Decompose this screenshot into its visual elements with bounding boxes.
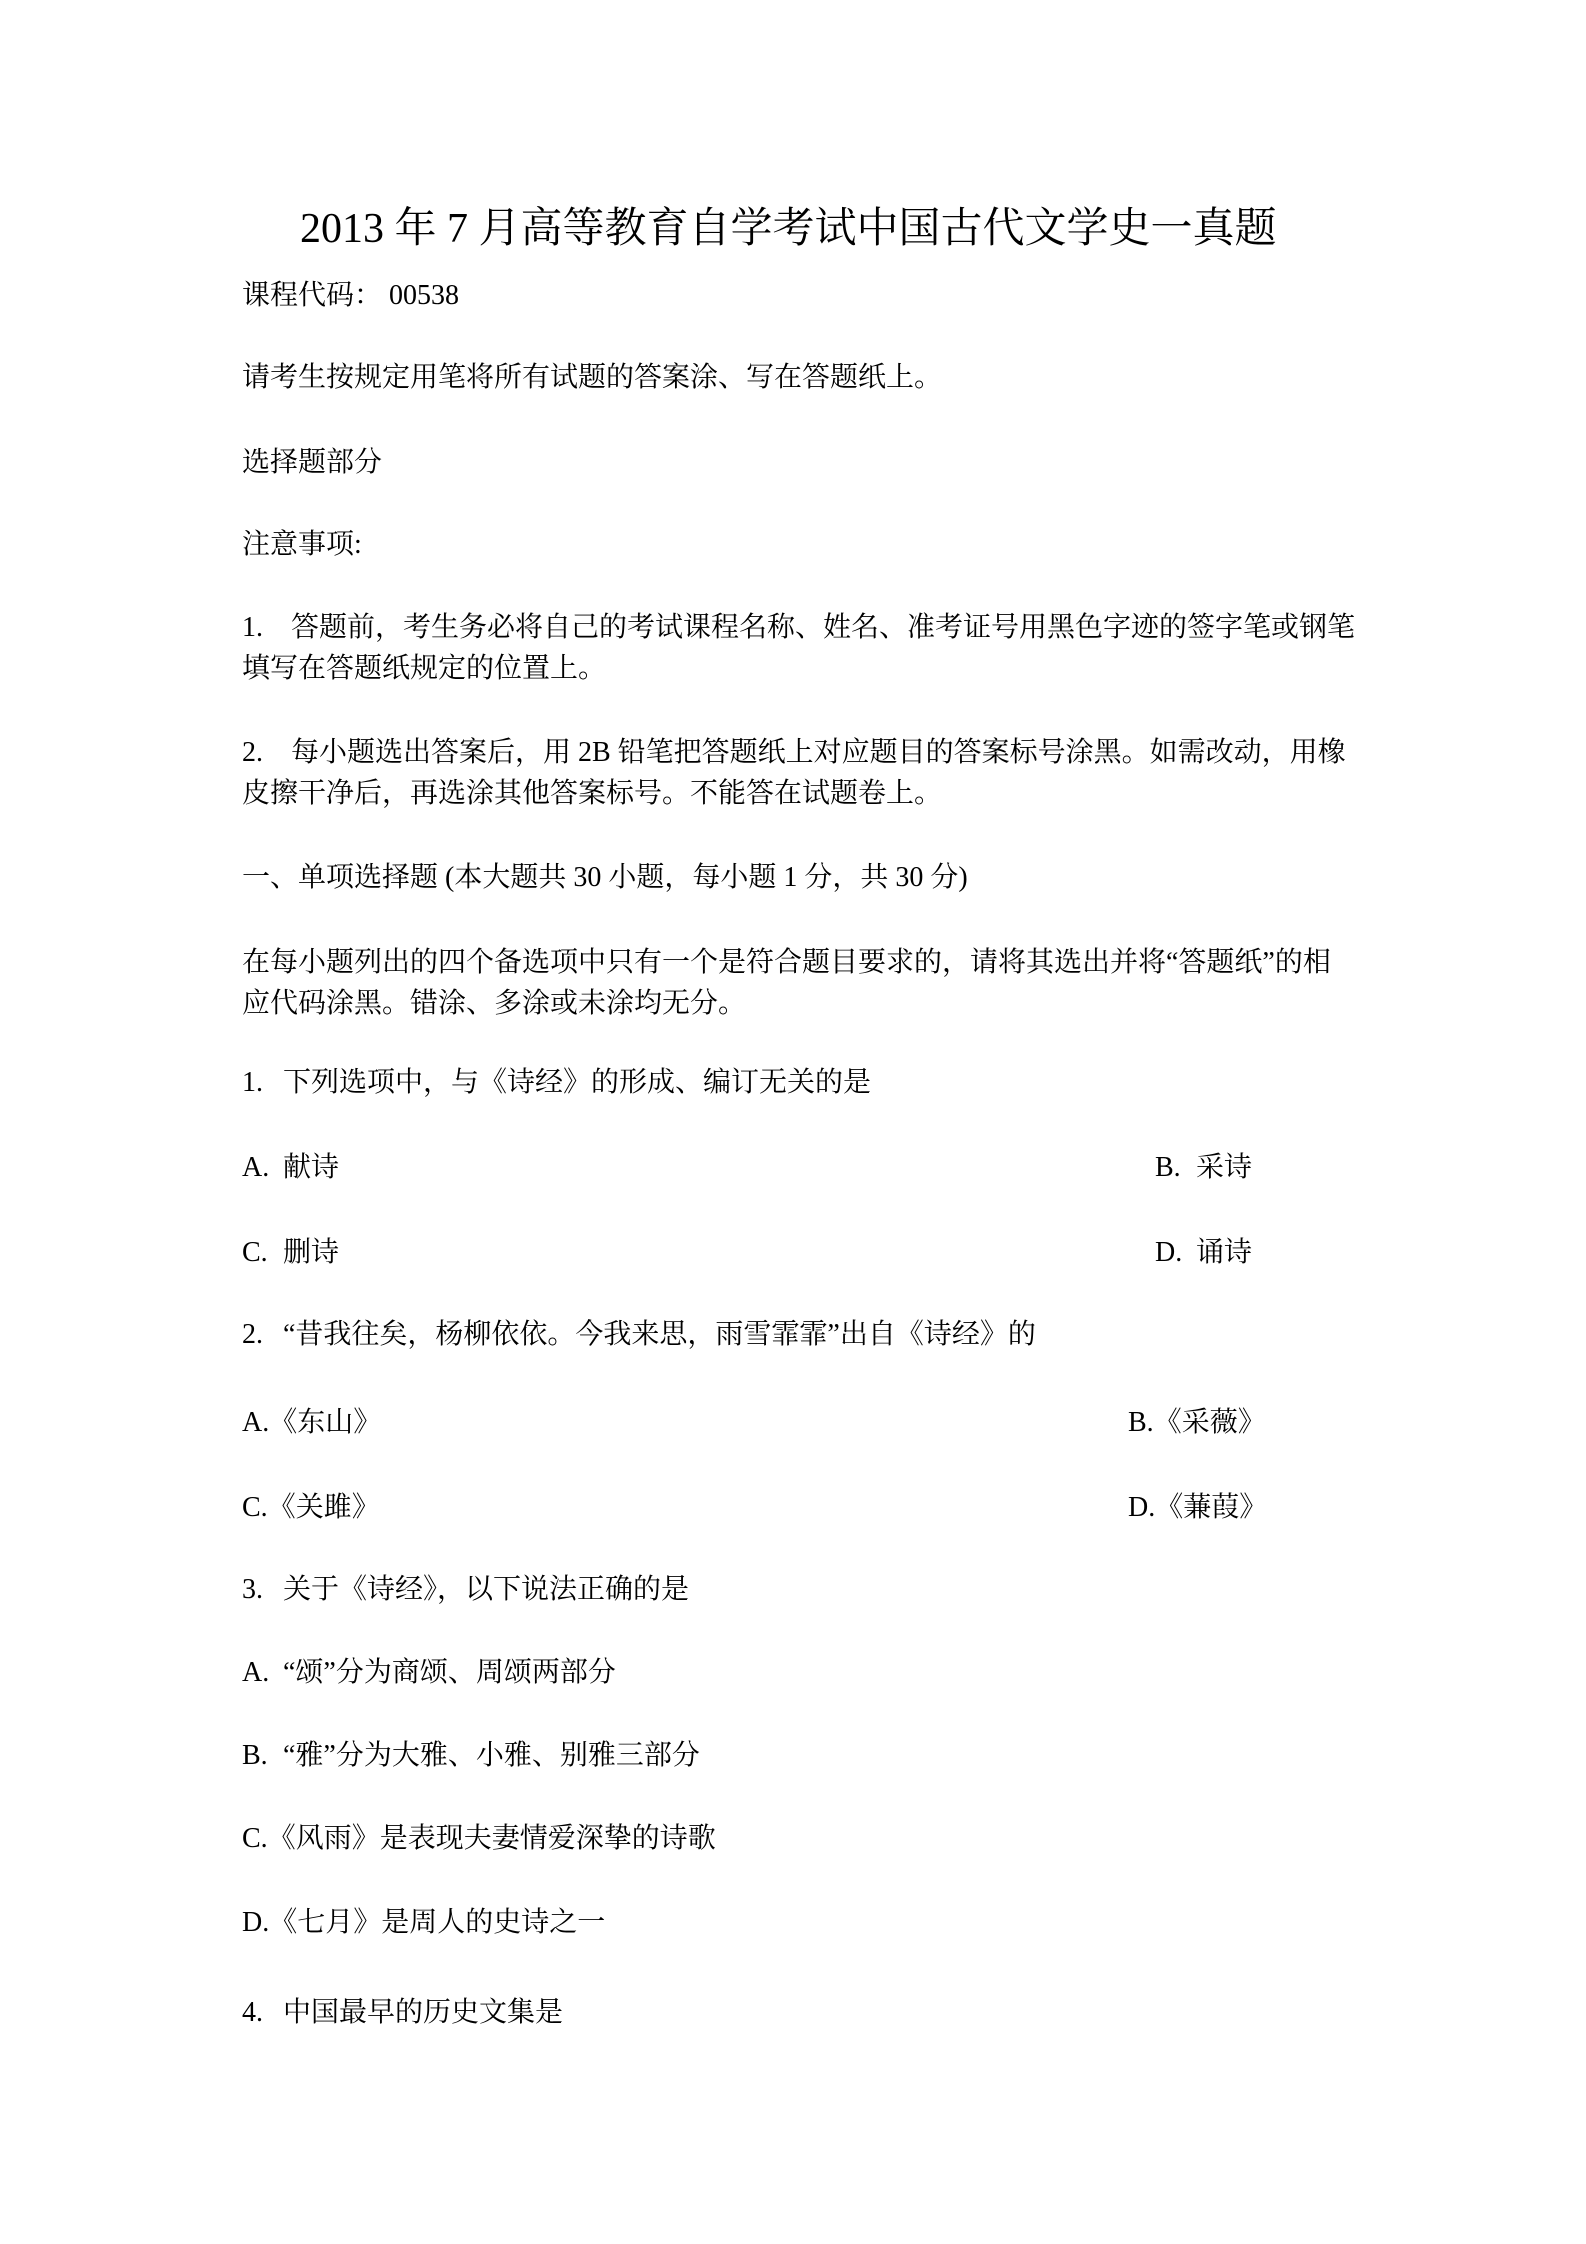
question-3-stem: 关于《诗经》，以下说法正确的是: [283, 1574, 689, 1605]
question-2-option-d-text: 《蒹葭》: [1155, 1492, 1267, 1523]
question-1-option-a-key: A.: [242, 1147, 283, 1188]
question-2-option-b-key: B.: [1128, 1402, 1154, 1443]
question-1-options-row-1: A.献诗 B.采诗: [242, 1147, 339, 1188]
notes-heading: 注意事项:: [242, 524, 362, 565]
question-3-option-c-text: 《风雨》是表现夫妻情爱深挚的诗歌: [268, 1823, 716, 1854]
question-3-option-c-key: C.: [242, 1818, 268, 1859]
question-2-option-a-key: A.: [242, 1402, 269, 1443]
question-3-option-a-text: “颂”分为商颂、周颂两部分: [283, 1657, 616, 1688]
question-2-option-b-text: 《采薇》: [1154, 1407, 1266, 1438]
question-3-option-d: D.《七月》是周人的史诗之一: [242, 1902, 605, 1943]
general-note: 请考生按规定用笔将所有试题的答案涂、写在答题纸上。: [242, 357, 942, 398]
question-1-option-d-key: D.: [1155, 1232, 1196, 1273]
question-1-number: 1.: [242, 1062, 283, 1103]
question-2-number: 2.: [242, 1314, 283, 1355]
question-4-stem: 中国最早的历史文集是: [283, 1997, 563, 2028]
question-3-option-b-key: B.: [242, 1735, 283, 1776]
question-2-stem-row: 2.“昔我往矣，杨柳依依。今我来思，雨雪霏霏”出自《诗经》的: [242, 1314, 1036, 1355]
question-3-option-a-key: A.: [242, 1652, 283, 1693]
exam-title: 2013 年 7 月高等教育自学考试中国古代文学史一真题: [300, 205, 1277, 253]
question-1-stem: 下列选项中，与《诗经》的形成、编订无关的是: [283, 1067, 871, 1098]
question-2-option-d-key: D.: [1128, 1487, 1155, 1528]
question-2-option-a-text: 《东山》: [269, 1407, 381, 1438]
question-1-option-d: D.诵诗: [1155, 1232, 1252, 1273]
question-1-option-a-text: 献诗: [283, 1152, 339, 1183]
question-1-option-c-key: C.: [242, 1232, 283, 1273]
question-3-option-a: A.“颂”分为商颂、周颂两部分: [242, 1652, 616, 1693]
question-3-stem-row: 3.关于《诗经》，以下说法正确的是: [242, 1569, 689, 1610]
question-1-stem-row: 1.下列选项中，与《诗经》的形成、编订无关的是: [242, 1062, 871, 1103]
section-1-heading: 一、单项选择题 (本大题共 30 小题，每小题 1 分，共 30 分): [242, 857, 968, 898]
course-code: 课程代码： 00538: [242, 275, 459, 316]
question-3-option-b-text: “雅”分为大雅、小雅、别雅三部分: [283, 1740, 700, 1771]
question-2-stem: “昔我往矣，杨柳依依。今我来思，雨雪霏霏”出自《诗经》的: [283, 1319, 1036, 1350]
question-2-option-c-key: C.: [242, 1487, 268, 1528]
question-1-option-b: B.采诗: [1155, 1147, 1252, 1188]
question-4-stem-row: 4.中国最早的历史文集是: [242, 1992, 563, 2033]
question-3-option-c: C.《风雨》是表现夫妻情爱深挚的诗歌: [242, 1818, 716, 1859]
exam-paper-page: 2013 年 7 月高等教育自学考试中国古代文学史一真题 课程代码： 00538…: [0, 0, 1586, 2244]
question-3-number: 3.: [242, 1569, 283, 1610]
question-1-options-row-2: C.删诗 D.诵诗: [242, 1232, 339, 1273]
question-1-option-b-text: 采诗: [1196, 1152, 1252, 1183]
question-1-option-c-text: 删诗: [283, 1237, 339, 1268]
question-3-option-d-key: D.: [242, 1902, 269, 1943]
question-3-option-b: B.“雅”分为大雅、小雅、别雅三部分: [242, 1735, 700, 1776]
question-3-option-d-text: 《七月》是周人的史诗之一: [269, 1907, 605, 1938]
question-1-option-b-key: B.: [1155, 1147, 1196, 1188]
question-2-option-c: C.《关雎》: [242, 1492, 380, 1523]
part-heading: 选择题部分: [242, 442, 382, 483]
question-2-option-a: A.《东山》: [242, 1407, 381, 1438]
question-2-options-row-2: C.《关雎》 D.《蒹葭》: [242, 1487, 380, 1528]
question-1-option-c: C.删诗: [242, 1237, 339, 1268]
note-item-1: 1. 答题前，考生务必将自己的考试课程名称、姓名、准考证号用黑色字迹的签字笔或钢…: [242, 607, 1358, 689]
question-2-option-d: D.《蒹葭》: [1128, 1487, 1267, 1528]
question-2-options-row-1: A.《东山》 B.《采薇》: [242, 1402, 381, 1443]
question-2-option-b: B.《采薇》: [1128, 1402, 1266, 1443]
question-1-option-a: A.献诗: [242, 1152, 339, 1183]
note-item-2: 2. 每小题选出答案后，用 2B 铅笔把答题纸上对应题目的答案标号涂黑。如需改动…: [242, 732, 1358, 814]
question-4-number: 4.: [242, 1992, 283, 2033]
section-1-instruction: 在每小题列出的四个备选项中只有一个是符合题目要求的，请将其选出并将“答题纸”的相…: [242, 942, 1358, 1024]
question-2-option-c-text: 《关雎》: [268, 1492, 380, 1523]
question-1-option-d-text: 诵诗: [1196, 1237, 1252, 1268]
